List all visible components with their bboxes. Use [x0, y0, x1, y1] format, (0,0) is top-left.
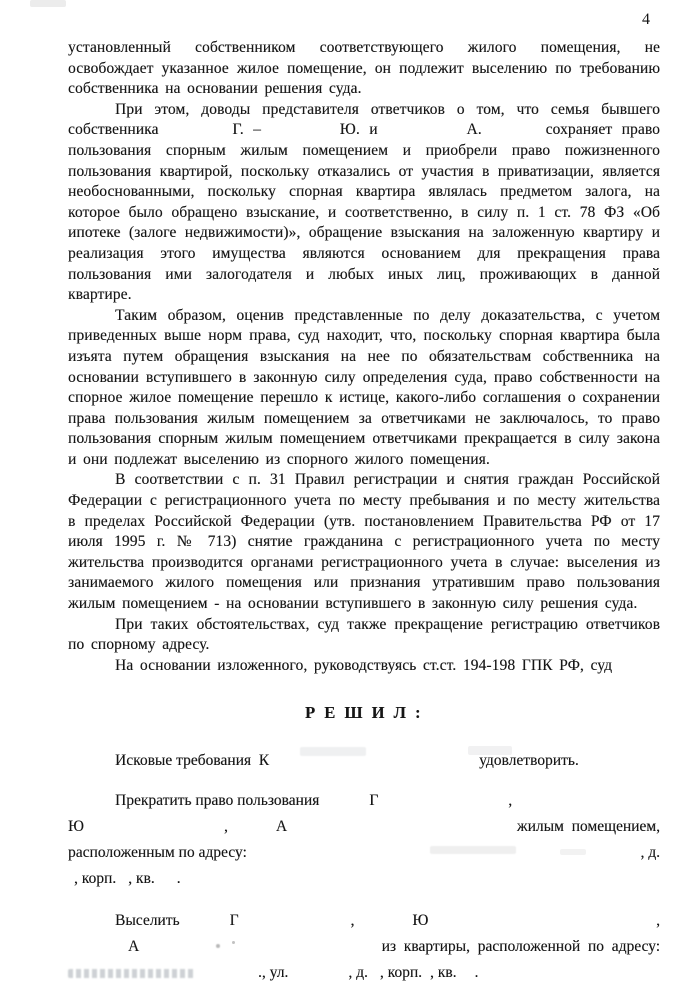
redaction-gap: [155, 882, 177, 883]
redaction-gap: [288, 976, 348, 977]
name-initial-yu: Ю: [68, 814, 84, 840]
name-initial-a: А: [128, 934, 139, 960]
korp-label: , корп.: [74, 866, 116, 892]
name-initial-a: А: [276, 814, 287, 840]
name-initial-g: Г: [230, 908, 239, 934]
comma: ,: [508, 788, 512, 814]
redaction-gap: [378, 804, 508, 805]
evict-line-3: ., ул. , д. , корп. , кв. .: [68, 960, 660, 986]
period: .: [177, 866, 181, 892]
redaction-gap: [456, 976, 474, 977]
kv-label: , кв.: [128, 866, 154, 892]
name-initial-yu: Ю: [412, 908, 428, 934]
redaction-gap: [247, 856, 641, 857]
redaction-gap: [422, 976, 430, 977]
redaction-gap: [180, 924, 230, 925]
redaction-gap: [368, 976, 380, 977]
redaction-gap: [228, 830, 276, 831]
terminate-line-2: Ю , А жилым помещением,: [68, 814, 660, 840]
korp-label: , корп.: [380, 960, 422, 986]
evict-verb: Выселить: [115, 908, 180, 934]
comma: ,: [224, 814, 228, 840]
comma: ,: [351, 908, 355, 934]
resolution-section: Исковые требования К удовлетворить. Прек…: [68, 748, 660, 986]
blurred-text-artifact: [68, 969, 196, 978]
kv-label: , кв.: [430, 960, 456, 986]
evict-tail-text: из квартиры, расположенной по адресу:: [382, 934, 660, 960]
redaction-gap: [168, 132, 223, 134]
redaction-gap: [319, 804, 369, 805]
terminate-line-1: Прекратить право пользования Г ,: [68, 788, 660, 814]
paragraph: При таких обстоятельствах, суд также пре…: [68, 615, 660, 656]
paragraph-indent: [68, 924, 115, 925]
document-content: установленный собственником соответствую…: [68, 38, 660, 986]
redaction-gap: [139, 950, 381, 951]
terminate-line-3: расположенным по адресу: , д.: [68, 840, 660, 866]
page-number: 4: [642, 11, 650, 29]
terminate-verb: Прекратить право пользования: [115, 788, 319, 814]
redaction-gap: [68, 950, 128, 951]
house-label: , д.: [348, 960, 368, 986]
terminate-line-4: , корп. , кв. .: [68, 866, 660, 892]
claims-lead-text: Исковые требования К: [115, 748, 269, 774]
redaction-gap: [387, 132, 457, 134]
evict-block: Выселить Г , Ю , А из квартиры, располож…: [68, 908, 660, 986]
redaction-gap: [491, 132, 536, 134]
paragraph: установленный собственником соответствую…: [68, 38, 660, 100]
address-label: расположенным по адресу:: [68, 840, 247, 866]
claims-tail-text: удовлетворить.: [479, 748, 579, 774]
decision-heading: Р Е Ш И Л :: [68, 703, 660, 723]
redaction-gap: [287, 830, 517, 831]
redaction-gap: [269, 764, 479, 765]
document-page: 4 установленный собственником соответств…: [0, 0, 696, 1000]
redaction-gap: [84, 830, 224, 831]
comma: ,: [656, 908, 660, 934]
dwelling-text: жилым помещением,: [517, 814, 660, 840]
evict-line-1: Выселить Г , Ю ,: [68, 908, 660, 934]
redaction-gap: [270, 132, 330, 134]
redaction-gap: [196, 976, 258, 977]
paragraph: Таким образом, оценив представленные по …: [68, 306, 660, 471]
paragraph: При этом, доводы представителя ответчико…: [68, 100, 660, 306]
house-label: , д.: [640, 840, 660, 866]
period: .: [474, 960, 478, 986]
claims-line: Исковые требования К удовлетворить.: [68, 748, 660, 774]
paragraph: На основании изложенного, руководствуясь…: [68, 656, 660, 677]
name-initial-g: Г: [369, 788, 378, 814]
document-paragraphs: установленный собственником соответствую…: [68, 38, 660, 676]
scan-smudge: [30, 0, 66, 7]
paragraph: В соответствии с п. 31 Правил регистраци…: [68, 470, 660, 614]
redaction-gap: [354, 924, 412, 925]
paragraph-indent: [68, 804, 115, 805]
paragraph-indent: [68, 764, 115, 765]
redaction-gap: [116, 882, 128, 883]
redaction-gap: [239, 924, 351, 925]
terminate-block: Прекратить право пользования Г , Ю , А ж…: [68, 788, 660, 892]
redaction-gap: [428, 924, 656, 925]
evict-line-2: А из квартиры, расположенной по адресу:: [68, 934, 660, 960]
street-label: ., ул.: [258, 960, 288, 986]
